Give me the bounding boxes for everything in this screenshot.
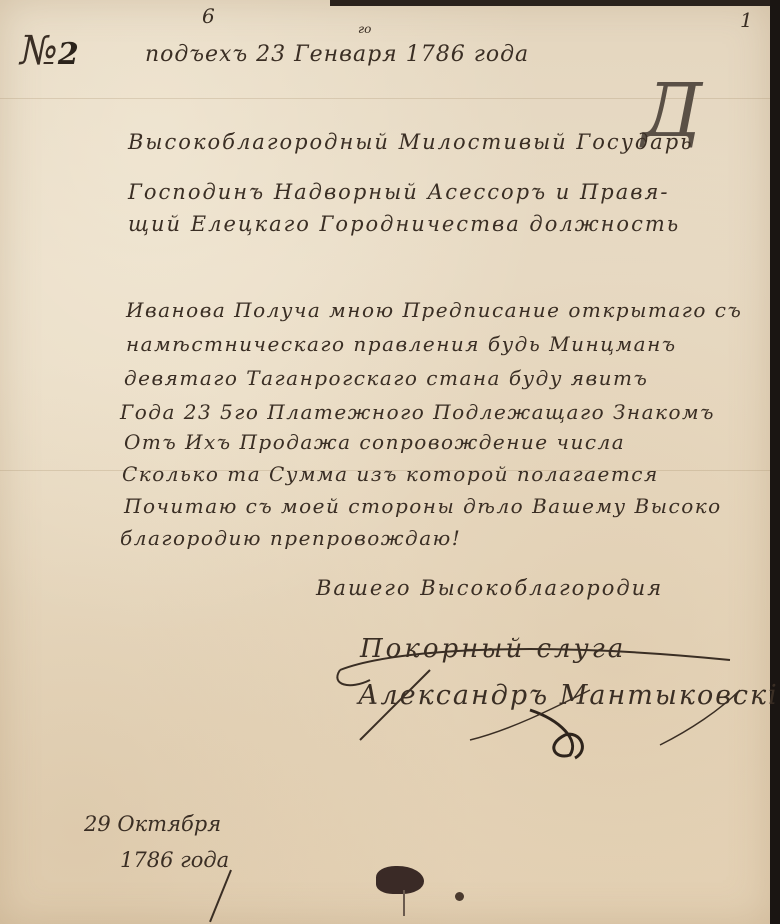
page-number: 1 xyxy=(740,8,753,32)
body-line-3: девятаго Таганрогскаго стана буду явитъ xyxy=(124,366,648,390)
body-line-8: благородию препровождаю! xyxy=(120,526,461,550)
body-line-5: Отъ Ихъ Продажа сопровождение числа xyxy=(124,430,625,454)
document-page: №2 6 го подъехъ 23 Генваря 1786 года 1 Д… xyxy=(0,0,770,924)
salutation-line-3: щий Елецкаго Городничества должность xyxy=(128,212,680,236)
body-line-7: Почитаю съ моей стороны дѣло Вашему Высо… xyxy=(124,494,722,518)
salutation-line-2: Господинъ Надворный Асессоръ и Правя- xyxy=(128,180,669,204)
page-top-edge xyxy=(330,0,770,6)
document-number: №2 xyxy=(20,28,77,74)
body-line-2: намѣстническаго правления будь Минцманъ xyxy=(126,332,677,356)
margin-note-date: 29 Октября xyxy=(84,812,221,836)
ink-drip xyxy=(403,890,405,916)
ink-blot xyxy=(376,866,424,894)
header-date-line: подъехъ 23 Генваря 1786 года xyxy=(145,42,529,67)
closing-line: Вашего Высокоблагородия xyxy=(316,576,663,600)
number-value: 2 xyxy=(58,37,77,72)
superscript-go: го xyxy=(358,22,371,36)
margin-note-year: 1786 года xyxy=(120,848,229,872)
number-label: № xyxy=(20,28,56,74)
signature-line-1: Покорный слуга xyxy=(360,634,626,664)
superscript-six: 6 xyxy=(202,4,215,28)
salutation-line-1: Высокоблагородный Милостивый Государь xyxy=(128,130,694,154)
stray-pen-stroke xyxy=(209,870,232,923)
signature-line-2: Александръ Мантыковскій xyxy=(358,680,780,711)
body-line-6: Сколько та Сумма изъ которой полагается xyxy=(122,462,659,486)
body-line-4: Года 23 5го Платежного Подлежащаго Знако… xyxy=(120,400,715,424)
body-line-1: Иванова Получа мною Предписание открытаг… xyxy=(126,298,742,322)
ink-dot xyxy=(455,892,464,901)
